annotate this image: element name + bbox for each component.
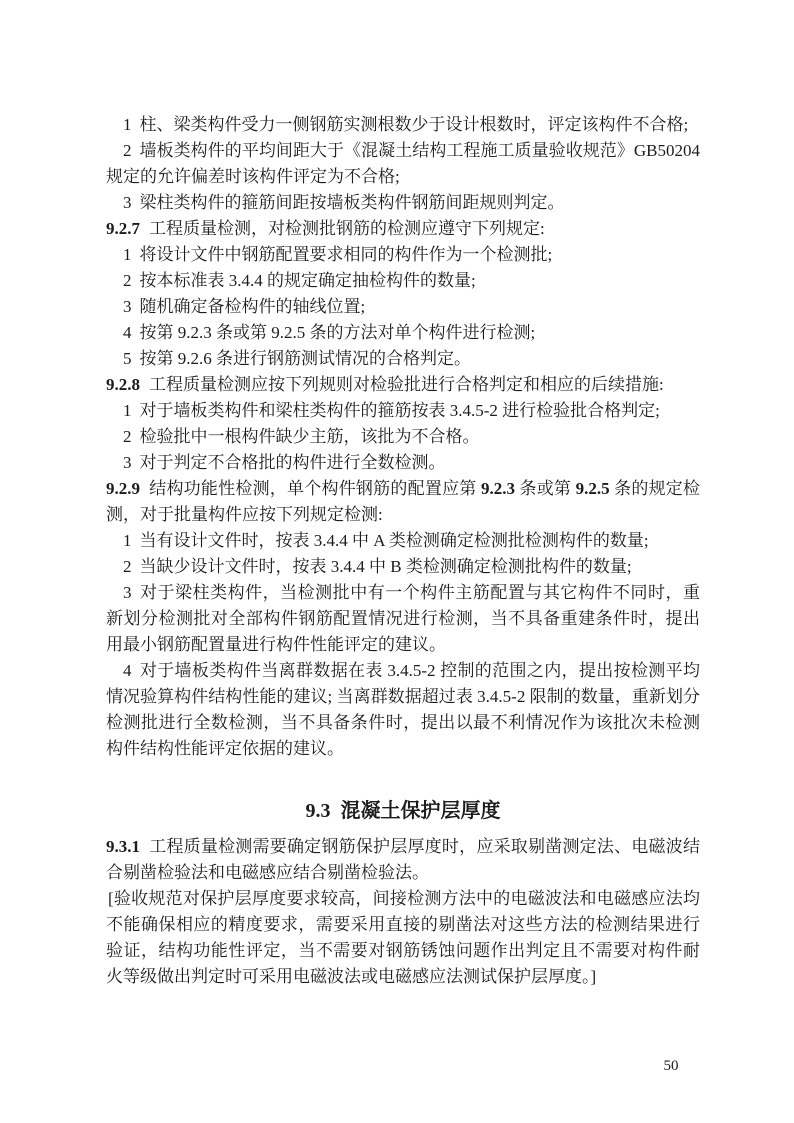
item-text: 墙板类构件的平均间距大于《混凝土结构工程施工质量验收规范》GB50204规定的允…	[106, 141, 700, 186]
item-text: 对于梁柱类构件，当检测批中有一个构件主筋配置与其它构件不同时，重新划分检测批对全…	[106, 583, 700, 654]
item-number: 3	[123, 193, 132, 212]
section-title: 混凝土保护层厚度	[341, 800, 501, 822]
page-number: 50	[656, 1056, 686, 1076]
item-number: 1	[123, 115, 132, 134]
section-number: 9.3	[306, 800, 331, 822]
list-item: 3梁柱类构件的箍筋间距按墙板类构件钢筋间距规则判定。	[106, 190, 700, 216]
item-text: 按第 9.2.3 条或第 9.2.5 条的方法对单个构件进行检测;	[140, 323, 536, 342]
clause-9-2-7: 9.2.7工程质量检测，对检测批钢筋的检测应遵守下列规定:	[106, 216, 700, 242]
clause-reference: 9.2.5	[576, 479, 610, 498]
list-item: 1将设计文件中钢筋配置要求相同的构件作为一个检测批;	[106, 242, 700, 268]
list-item: 4对于墙板类构件当离群数据在表 3.4.5-2 控制的范围之内，提出按检测平均情…	[106, 658, 700, 762]
clause-text: 工程质量检测，对检测批钢筋的检测应遵守下列规定:	[149, 219, 545, 238]
clause-text: 条或第	[515, 479, 576, 498]
clause-number: 9.2.9	[106, 479, 140, 498]
item-number: 3	[123, 453, 132, 472]
item-number: 2	[123, 427, 132, 446]
list-item: 2检验批中一根构件缺少主筋，该批为不合格。	[106, 424, 700, 450]
clause-text: 工程质量检测应按下列规则对检验批进行合格判定和相应的后续措施:	[149, 375, 664, 394]
list-item: 1当有设计文件时，按表 3.4.4 中 A 类检测确定检测批检测构件的数量;	[106, 528, 700, 554]
item-text: 对于判定不合格批的构件进行全数检测。	[140, 453, 446, 472]
clause-9-2-8: 9.2.8工程质量检测应按下列规则对检验批进行合格判定和相应的后续措施:	[106, 372, 700, 398]
list-item: 3对于梁柱类构件，当检测批中有一个构件主筋配置与其它构件不同时，重新划分检测批对…	[106, 580, 700, 658]
item-number: 1	[123, 531, 132, 550]
list-item: 2墙板类构件的平均间距大于《混凝土结构工程施工质量验收规范》GB50204规定的…	[106, 138, 700, 190]
item-number: 3	[123, 583, 132, 602]
clause-9-2-9: 9.2.9结构功能性检测，单个构件钢筋的配置应第 9.2.3 条或第 9.2.5…	[106, 476, 700, 528]
item-number: 3	[123, 297, 132, 316]
list-item: 3随机确定备检构件的轴线位置;	[106, 294, 700, 320]
clause-reference: 9.2.3	[481, 479, 515, 498]
page-content: 1柱、梁类构件受力一侧钢筋实测根数少于设计根数时，评定该构件不合格; 2墙板类构…	[106, 112, 700, 990]
list-item: 2按本标准表 3.4.4 的规定确定抽检构件的数量;	[106, 268, 700, 294]
clause-9-3-1: 9.3.1工程质量检测需要确定钢筋保护层厚度时，应采取剔凿测定法、电磁波结合剔凿…	[106, 834, 700, 886]
item-number: 1	[123, 401, 132, 420]
list-item: 1柱、梁类构件受力一侧钢筋实测根数少于设计根数时，评定该构件不合格;	[106, 112, 700, 138]
clause-text: 结构功能性检测，单个构件钢筋的配置应第	[149, 479, 481, 498]
list-item: 2当缺少设计文件时，按表 3.4.4 中 B 类检测确定检测批构件的数量;	[106, 554, 700, 580]
item-number: 4	[123, 661, 132, 680]
commentary-paragraph: [验收规范对保护层厚度要求较高，间接检测方法中的电磁波法和电磁感应法均不能确保相…	[106, 886, 700, 990]
clause-number: 9.3.1	[106, 837, 140, 856]
item-text: 对于墙板类构件和梁柱类构件的箍筋按表 3.4.5-2 进行检验批合格判定;	[140, 401, 660, 420]
clause-number: 9.2.7	[106, 219, 140, 238]
item-text: 检验批中一根构件缺少主筋，该批为不合格。	[140, 427, 480, 446]
item-number: 5	[123, 349, 132, 368]
list-item: 1对于墙板类构件和梁柱类构件的箍筋按表 3.4.5-2 进行检验批合格判定;	[106, 398, 700, 424]
item-number: 1	[123, 245, 132, 264]
item-text: 随机确定备检构件的轴线位置;	[140, 297, 366, 316]
item-text: 柱、梁类构件受力一侧钢筋实测根数少于设计根数时，评定该构件不合格;	[140, 115, 689, 134]
list-item: 4按第 9.2.3 条或第 9.2.5 条的方法对单个构件进行检测;	[106, 320, 700, 346]
clause-text: 工程质量检测需要确定钢筋保护层厚度时，应采取剔凿测定法、电磁波结合剔凿检验法和电…	[106, 837, 700, 882]
list-item: 5按第 9.2.6 条进行钢筋测试情况的合格判定。	[106, 346, 700, 372]
list-item: 3对于判定不合格批的构件进行全数检测。	[106, 450, 700, 476]
item-number: 2	[123, 271, 132, 290]
item-text: 当有设计文件时，按表 3.4.4 中 A 类检测确定检测批检测构件的数量;	[140, 531, 649, 550]
item-number: 2	[123, 141, 132, 160]
item-text: 按第 9.2.6 条进行钢筋测试情况的合格判定。	[140, 349, 472, 368]
item-text: 梁柱类构件的箍筋间距按墙板类构件钢筋间距规则判定。	[140, 193, 565, 212]
item-number: 2	[123, 557, 132, 576]
item-text: 将设计文件中钢筋配置要求相同的构件作为一个检测批;	[140, 245, 553, 264]
clause-number: 9.2.8	[106, 375, 140, 394]
item-text: 对于墙板类构件当离群数据在表 3.4.5-2 控制的范围之内，提出按检测平均情况…	[106, 661, 700, 758]
item-text: 按本标准表 3.4.4 的规定确定抽检构件的数量;	[140, 271, 476, 290]
section-heading: 9.3混凝土保护层厚度	[106, 796, 700, 826]
document-page: 1柱、梁类构件受力一侧钢筋实测根数少于设计根数时，评定该构件不合格; 2墙板类构…	[0, 0, 794, 1123]
item-text: 当缺少设计文件时，按表 3.4.4 中 B 类检测确定检测批构件的数量;	[140, 557, 632, 576]
item-number: 4	[123, 323, 132, 342]
